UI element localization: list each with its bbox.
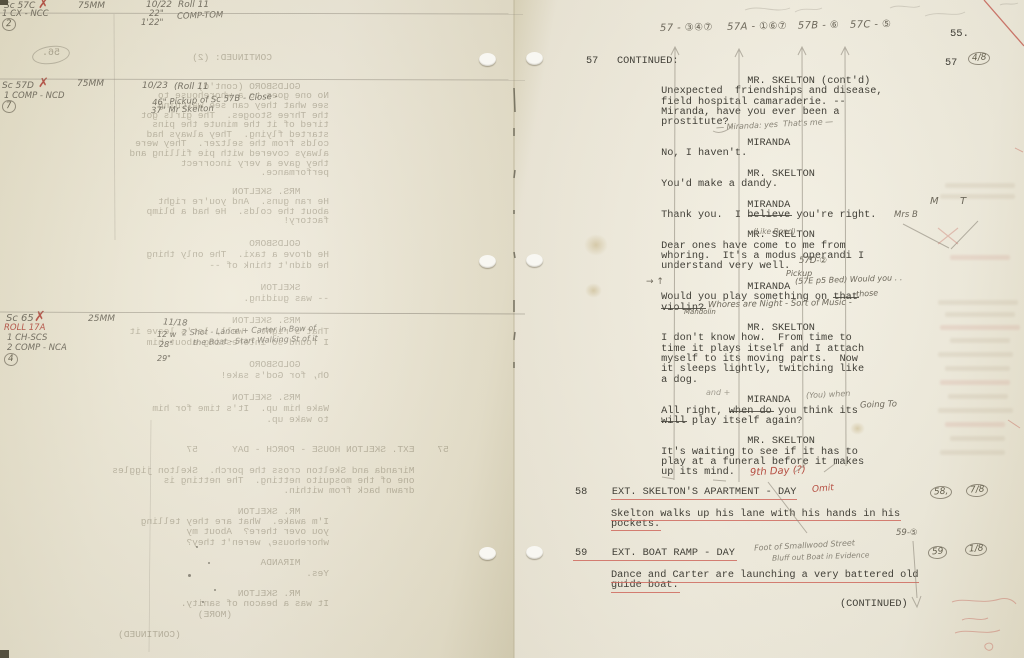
punch-hole — [479, 547, 496, 560]
bleedthrough-text: CONTINUED: (2) GOLDSBORO (cont'd) No one… — [30, 0, 500, 658]
underline-58-action1 — [611, 520, 901, 521]
bleedthrough-page-number: 56. — [42, 48, 60, 59]
bleedthrough-block-scene57: 57 EXT. SKELTON HOUSE - PORCH - DAY 57 M… — [30, 445, 500, 641]
scene-number-57-right: 57 — [945, 57, 957, 69]
camera-row1-duration1: 22" — [149, 9, 164, 19]
scene-number-57: 57 — [586, 55, 598, 67]
camera-row3-take1: 1 CH-SCS — [7, 333, 47, 343]
punch-hole — [526, 52, 543, 65]
underline-58-action2 — [611, 530, 661, 531]
margin-mrs-b: Mrs B — [894, 210, 918, 220]
camera-row1-duration2: 1'22" — [141, 18, 163, 28]
camera-row2-circled-number: 7 — [2, 100, 17, 114]
note-59-5: 59-⑤ — [896, 528, 918, 538]
punch-hole — [479, 53, 496, 66]
scene-59-action: Dance and Carter are launching a very ba… — [611, 570, 919, 591]
strike-believe — [748, 215, 792, 216]
underline-59-action1 — [611, 582, 919, 583]
note-like-bond: (Like Bond) — [753, 227, 796, 236]
camera-row1-comp: COMP-TOM — [177, 10, 224, 22]
bleedthrough-block-goldsboro: CONTINUED: (2) GOLDSBORO (cont'd) No one… — [30, 53, 500, 226]
page-corner-shadow — [0, 650, 9, 658]
punch-hole — [479, 255, 496, 268]
camera-row3-num3: 29" — [157, 354, 171, 363]
underline-59-heading — [573, 560, 737, 561]
camera-row1-scene: Sc 57C — [4, 1, 35, 11]
camera-row3-lens: 25MM — [88, 314, 115, 324]
camera-row3-date: 11/18 — [163, 317, 188, 328]
strike-when-do — [729, 411, 774, 412]
punch-hole — [526, 254, 543, 267]
scene-58-heading: 58 EXT. SKELTON'S APARTMENT - DAY — [575, 487, 796, 497]
note-those: those — [856, 288, 879, 299]
camera-row2-note2: 37" Mr Skelton — [151, 104, 214, 116]
margin-m: M — [930, 196, 939, 207]
camera-row2-note1: 46" Pickup of Sc 57B - Close - — [152, 92, 278, 109]
camera-row3-circled-number: 4 — [4, 353, 19, 367]
underline-59-action2 — [611, 592, 680, 593]
red-x-mark: ✗ — [38, 0, 49, 12]
bleedthrough-block-taxi: GOLDSBORO He drove a taxi. The only thin… — [30, 238, 500, 425]
note-mandolin: Mandolin — [684, 308, 716, 316]
punch-hole — [526, 546, 543, 559]
camera-row1-date: 10/22 — [146, 0, 172, 10]
red-x-mark: ✗ — [38, 76, 49, 91]
strike-will — [661, 421, 687, 422]
camera-row3-num1: 12 w — [157, 330, 176, 339]
camera-row2-roll: (Roll 11 — [174, 82, 209, 92]
camera-row1-roll: Roll 11 — [178, 0, 209, 10]
camera-row3-take2: 2 COMP - NCA — [7, 343, 67, 353]
script-scan: CONTINUED: (2) GOLDSBORO (cont'd) No one… — [0, 0, 1024, 658]
camera-row1-lens: 75MM — [78, 1, 105, 11]
camera-row3-note2: the Boat - Start Walking St of it — [193, 334, 318, 347]
camera-row1-circled-number: 2 — [2, 18, 17, 32]
camera-row3-roll-red: ROLL 17A — [4, 323, 45, 333]
page-corner-shadow — [0, 0, 8, 5]
camera-row3-scene: Sc 65 — [6, 313, 34, 324]
camera-row2-date: 10/23 — [142, 81, 168, 91]
camera-row2-lens: 75MM — [77, 79, 104, 89]
camera-row3-num2: 28" — [159, 340, 173, 349]
margin-t: T — [960, 196, 966, 207]
continued-footer: (CONTINUED) — [840, 599, 908, 609]
camera-row3-note1: 2 Shot - Lance + Carter in Bow of — [182, 324, 316, 338]
pencil-scribble-circle — [31, 43, 71, 66]
note-arrows: → ↑ — [646, 277, 664, 287]
page-number: 55. — [950, 28, 969, 40]
camera-row2-take: 1 COMP - NCD — [4, 91, 65, 101]
note-omit: Omit — [812, 483, 835, 495]
camera-row1-take: 1 CX - NCC — [2, 9, 49, 19]
note-squiggle: and + — [706, 388, 730, 397]
red-x-mark: ✗ — [34, 309, 46, 325]
underline-58-heading — [611, 499, 797, 500]
camera-row2-scene: Sc 57D — [2, 81, 34, 91]
left-page: CONTINUED: (2) GOLDSBORO (cont'd) No one… — [0, 0, 514, 658]
note-57d-2: 57D-② — [799, 256, 827, 266]
scene-59-heading: 59 EXT. BOAT RAMP - DAY — [575, 548, 735, 558]
continued-label: CONTINUED: — [617, 55, 679, 67]
note-going-to: Going To — [860, 399, 897, 410]
